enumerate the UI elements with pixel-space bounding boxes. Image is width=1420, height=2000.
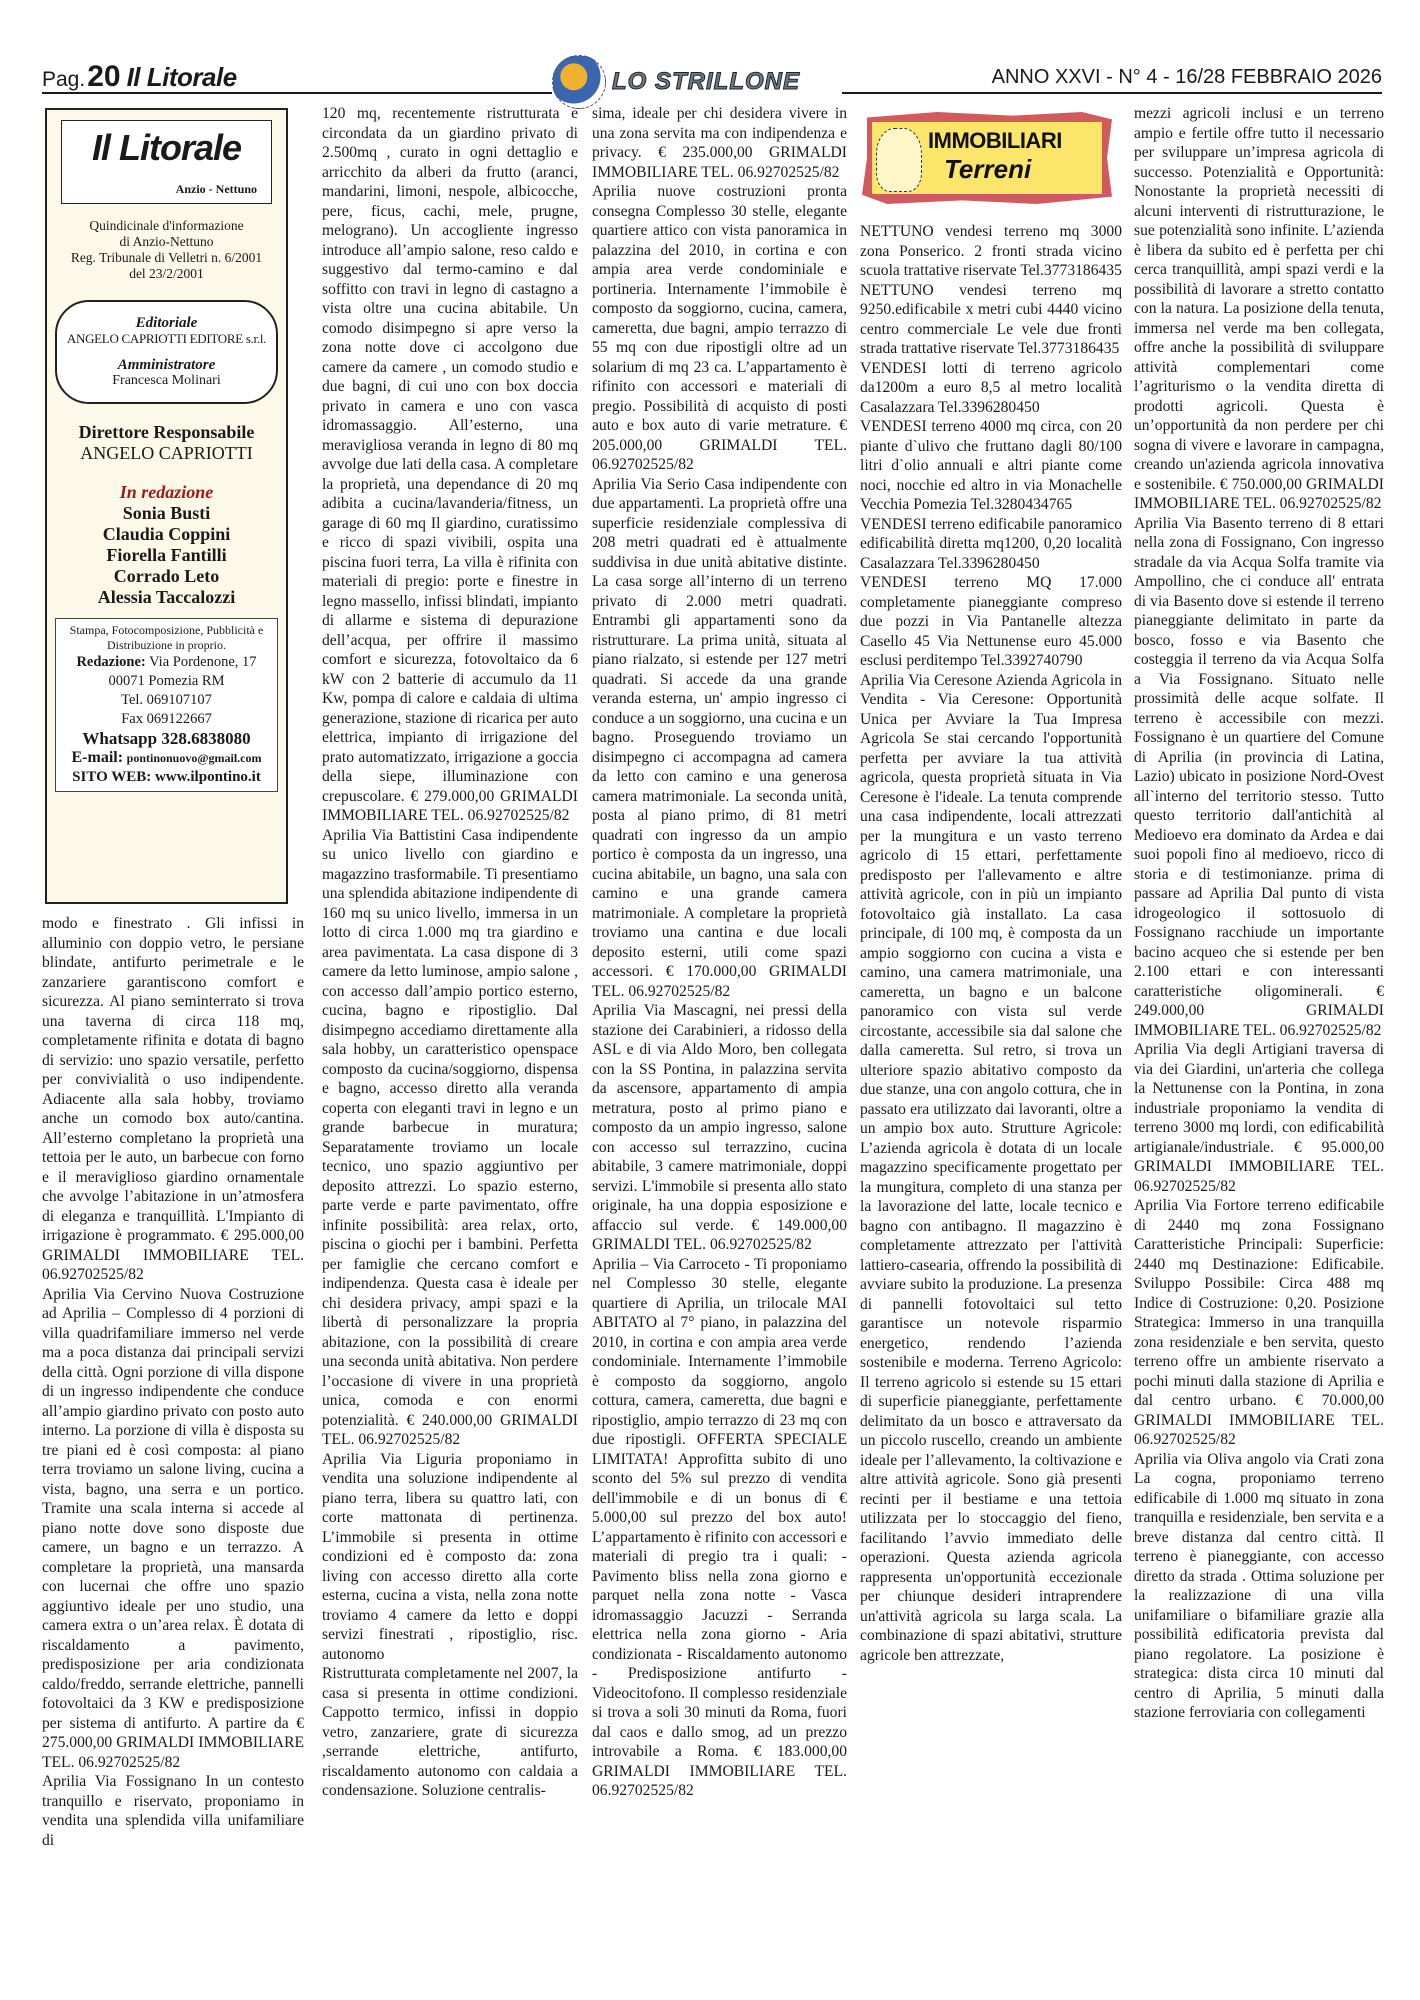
publication-name: Il Litorale: [127, 62, 237, 92]
listing-text: 120 mq, recentemente ristrutturata e cir…: [322, 104, 578, 826]
email-link[interactable]: pontinonuovo@gmail.com: [127, 751, 262, 765]
address-label: Redazione:: [76, 654, 145, 670]
email-label: E-mail:: [71, 749, 123, 766]
listing-text: VENDESI terreno MQ 17.000 completamente …: [860, 573, 1122, 671]
listing-text: Aprilia Via Battistini Casa indipendente…: [322, 826, 578, 1450]
newsboy-mascot-icon: [552, 55, 606, 109]
newsboy-illustration-icon: [876, 128, 922, 192]
column-5: mezzi agricoli inclusi e un terreno ampi…: [1134, 104, 1384, 1723]
redazione-label: In redazione: [47, 482, 286, 503]
listing-text: Ristrutturata completamente nel 2007, la…: [322, 1664, 578, 1801]
masthead-logo: Il Litorale Anzio - Nettuno: [61, 120, 272, 204]
listing-text: Aprilia Via Ceresone Azienda Agricola in…: [860, 671, 1122, 1666]
redazione-block: In redazione Sonia Busti Claudia Coppini…: [47, 482, 286, 608]
listing-text: Aprilia Via Fossignano In un contesto tr…: [42, 1772, 304, 1850]
listing-text: NETTUNO vendesi terreno mq 9250.edificab…: [860, 281, 1122, 359]
listing-text: Aprilia Via degli Artigiani traversa di …: [1134, 1040, 1384, 1196]
listing-text: Aprilia Via Liguria proponiamo in vendit…: [322, 1450, 578, 1665]
contact-box: Stampa, Fotocomposizione, Pubblicità e D…: [55, 618, 278, 792]
staff-name: Fiorella Fantilli: [47, 545, 286, 566]
info-line: di Anzio-Nettuno: [47, 234, 286, 250]
listing-text: mezzi agricoli inclusi e un terreno ampi…: [1134, 104, 1384, 514]
info-line: Reg. Tribunale di Velletri n. 6/2001: [47, 250, 286, 266]
redazione-address: Redazione: Via Pordenone, 17: [58, 653, 275, 672]
page-label: Pag.20Il Litorale: [42, 60, 237, 94]
info-line: del 23/2/2001: [47, 266, 286, 282]
staff-name: Corrado Leto: [47, 566, 286, 587]
staff-name: Claudia Coppini: [47, 524, 286, 545]
banner-subtitle: Terreni: [944, 154, 1031, 185]
listing-text: VENDESI terreno edificabile panoramico e…: [860, 515, 1122, 574]
column-1: modo e finestrato . Gli infissi in allum…: [42, 914, 304, 1850]
email-line: E-mail: pontinonuovo@gmail.com: [58, 748, 275, 768]
page-number: 20: [87, 60, 120, 93]
listing-text: modo e finestrato . Gli infissi in allum…: [42, 914, 304, 1285]
director-block: Direttore Responsabile ANGELO CAPRIOTTI: [47, 422, 286, 464]
listing-text: NETTUNO vendesi terreno mq 3000 zona Pon…: [860, 222, 1122, 281]
masthead-subtitle: Anzio - Nettuno: [176, 182, 257, 197]
listing-text: VENDESI lotti di terreno agricolo da1200…: [860, 359, 1122, 418]
listing-text: Aprilia via Oliva angolo via Crati zona …: [1134, 1450, 1384, 1723]
listing-text: Aprilia Via Fortore terreno edificabile …: [1134, 1196, 1384, 1450]
listing-text: Aprilia nuove costruzioni pronta consegn…: [592, 182, 847, 475]
fax: Fax 069122667: [58, 710, 275, 729]
phone: Tel. 069107107: [58, 691, 275, 710]
staff-name: Alessia Taccalozzi: [47, 587, 286, 608]
info-line: Quindicinale d'informazione: [47, 218, 286, 234]
listing-text: VENDESI terreno 4000 mq circa, con 20 pi…: [860, 417, 1122, 515]
immobiliari-terreni-banner: IMMOBILIARI Terreni: [862, 112, 1112, 204]
column-3: sima, ideale per chi desidera vivere in …: [592, 104, 847, 1801]
lo-strillone-logo: LO STRILLONE: [552, 54, 842, 110]
direttore-label: Direttore Responsabile: [47, 422, 286, 443]
listing-text: sima, ideale per chi desidera vivere in …: [592, 104, 847, 182]
city: 00071 Pomezia RM: [58, 672, 275, 691]
page-prefix: Pag.: [42, 68, 85, 91]
listing-text: Aprilia Via Basento terreno di 8 ettari …: [1134, 514, 1384, 1041]
masthead-title: Il Litorale: [62, 127, 271, 169]
amministratore-label: Amministratore: [61, 358, 272, 373]
address-value: Via Pordenone, 17: [149, 654, 256, 670]
website-link[interactable]: SITO WEB: www.ilpontino.it: [58, 768, 275, 787]
masthead-box: Il Litorale Anzio - Nettuno Quindicinale…: [45, 108, 288, 904]
editoriale-label: Editoriale: [61, 316, 272, 331]
stampa-note: Stampa, Fotocomposizione, Pubblicità e D…: [58, 623, 275, 653]
column-4: NETTUNO vendesi terreno mq 3000 zona Pon…: [860, 222, 1122, 1665]
issue-info: ANNO XXVI - N° 4 - 16/28 FEBBRAIO 2026: [992, 66, 1382, 89]
column-2: 120 mq, recentemente ristrutturata e cir…: [322, 104, 578, 1801]
listing-text: Aprilia – Via Carroceto - Ti proponiamo …: [592, 1255, 847, 1801]
editoriale-value: ANGELO CAPRIOTTI EDITORE s.r.l.: [61, 331, 272, 346]
staff-name: Sonia Busti: [47, 503, 286, 524]
whatsapp: Whatsapp 328.6838080: [58, 729, 275, 748]
masthead-info: Quindicinale d'informazione di Anzio-Net…: [47, 218, 286, 282]
amministratore-value: Francesca Molinari: [61, 373, 272, 388]
listing-text: Aprilia Via Mascagni, nei pressi della s…: [592, 1001, 847, 1255]
banner-inner: IMMOBILIARI Terreni: [872, 122, 1102, 194]
section-logo-text: LO STRILLONE: [612, 68, 800, 96]
banner-title: IMMOBILIARI: [928, 128, 1062, 154]
listing-text: Aprilia Via Cervino Nuova Costruzione ad…: [42, 1285, 304, 1773]
listing-text: Aprilia Via Serio Casa indipendente con …: [592, 475, 847, 1002]
editorial-box: Editoriale ANGELO CAPRIOTTI EDITORE s.r.…: [55, 300, 278, 404]
direttore-value: ANGELO CAPRIOTTI: [47, 443, 286, 464]
